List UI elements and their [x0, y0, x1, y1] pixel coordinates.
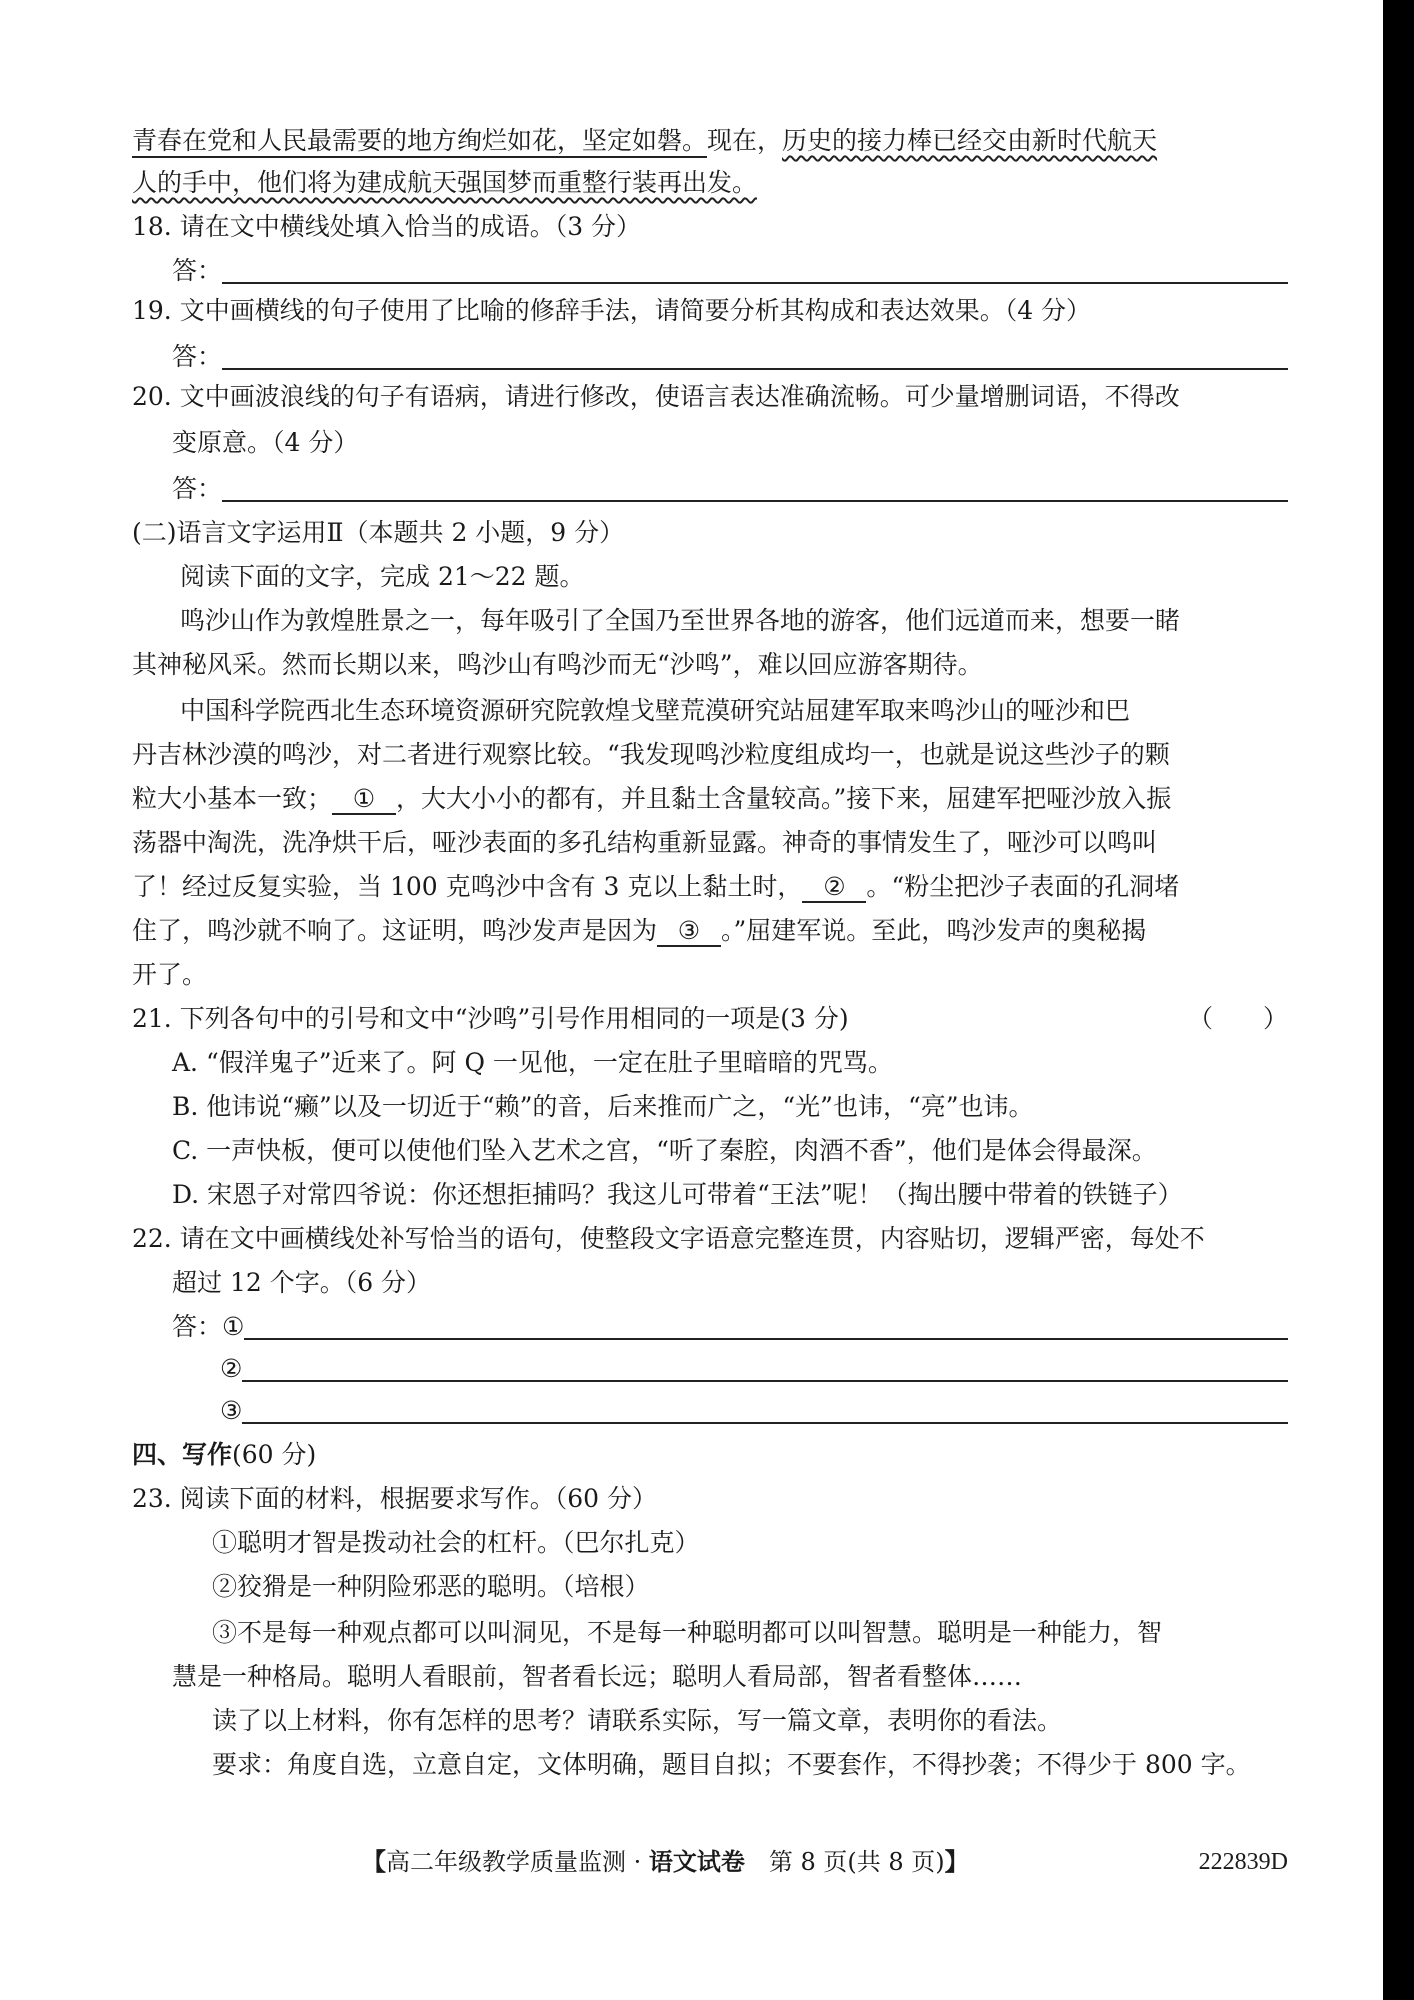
para2-line-2: 丹吉林沙漠的鸣沙，对二者进行观察比较。“我发现鸣沙粒度组成均一，也就是说这些沙子…: [132, 738, 1170, 772]
question-22-line-2: 超过 12 个字。（6 分）: [172, 1266, 431, 1300]
underlined-sentence: 青春在党和人民最需要的地方绚烂如花，坚定如磐。: [132, 126, 707, 158]
footer-subject: 语文试卷: [649, 1848, 745, 1876]
blank-1[interactable]: ①: [332, 785, 396, 815]
answer-line[interactable]: [244, 1337, 1288, 1340]
answer-bracket-21[interactable]: （ ）: [1188, 1002, 1288, 1036]
passage-line-1: 青春在党和人民最需要的地方绚烂如花，坚定如磐。现在，历史的接力棒已经交由新时代航…: [132, 124, 1157, 158]
question-20-line-1: 20. 文中画波浪线的句子有语病，请进行修改，使语言表达准确流畅。可少量增删词语…: [132, 380, 1180, 414]
answer-line[interactable]: [222, 499, 1288, 502]
answer-line[interactable]: [242, 1379, 1288, 1382]
footer-exam-info: 【高二年级教学质量监测 · 语文试卷 第 8 页(共 8 页)】: [362, 1846, 969, 1878]
question-22-line-1: 22. 请在文中画横线处补写恰当的语句，使整段文字语意完整连贯，内容贴切，逻辑严…: [132, 1222, 1205, 1256]
para2-line-1: 中国科学院西北生态环境资源研究院敦煌戈壁荒漠研究站屈建军取来鸣沙山的哑沙和巴: [180, 694, 1130, 728]
para2-line-4: 荡器中淘洗，洗净烘干后，哑沙表面的多孔结构重新显露。神奇的事情发生了，哑沙可以鸣…: [132, 826, 1157, 860]
answer-field-22-2[interactable]: ②: [220, 1352, 1288, 1386]
para2-line-6: 住了，鸣沙就不响了。这证明，鸣沙发声是因为③。”屈建军说。至此，鸣沙发声的奥秘揭: [132, 914, 1146, 948]
answer-line[interactable]: [222, 281, 1288, 284]
option-a[interactable]: A. “假洋鬼子”近来了。阿 Q 一见他，一定在肚子里暗暗的咒骂。: [172, 1046, 893, 1080]
answer-field-18[interactable]: 答：: [172, 254, 1288, 288]
section-2-instruction: 阅读下面的文字，完成 21～22 题。: [180, 560, 585, 594]
answer-field-20[interactable]: 答：: [172, 472, 1288, 506]
footer-paper-code: 222839D: [1199, 1846, 1288, 1878]
material-1: ①聪明才智是拨动社会的杠杆。（巴尔扎克）: [212, 1526, 700, 1560]
blank-2[interactable]: ②: [802, 873, 866, 903]
question-19: 19. 文中画横线的句子使用了比喻的修辞手法，请简要分析其构成和表达效果。（4 …: [132, 294, 1091, 328]
para1-line-1: 鸣沙山作为敦煌胜景之一，每年吸引了全国乃至世界各地的游客，他们远道而来，想要一睹: [180, 604, 1180, 638]
footer-page-number: 第 8 页(共 8 页): [745, 1848, 945, 1876]
option-b[interactable]: B. 他讳说“癞”以及一切近于“赖”的音，后来推而广之，“光”也讳，“亮”也讳。: [172, 1090, 1034, 1124]
para2-line-5: 了！经过反复实验，当 100 克鸣沙中含有 3 克以上黏土时，②。“粉尘把沙子表…: [132, 870, 1179, 904]
question-23: 23. 阅读下面的材料，根据要求写作。（60 分）: [132, 1482, 657, 1516]
wavy-sentence-part1: 历史的接力棒已经交由新时代航天: [782, 126, 1157, 155]
answer-field-22-1[interactable]: 答：①: [172, 1310, 1288, 1344]
para2-line-3: 粒大小基本一致；①，大大小小的都有，并且黏土含量较高。”接下来，屈建军把哑沙放入…: [132, 782, 1171, 816]
answer-field-19[interactable]: 答：: [172, 340, 1288, 374]
para2-line-7: 开了。: [132, 958, 207, 992]
option-d[interactable]: D. 宋恩子对常四爷说：你还想拒捕吗？我这儿可带着“王法”呢！（掏出腰中带着的铁…: [172, 1178, 1183, 1212]
passage-line-2: 人的手中，他们将为建成航天强国梦而重整行装再出发。: [132, 166, 757, 200]
question-20-line-2: 变原意。（4 分）: [172, 426, 358, 460]
section-4-heading: 四、写作(60 分): [132, 1438, 316, 1472]
scan-border-strip: [1383, 0, 1414, 2000]
answer-line[interactable]: [242, 1421, 1288, 1424]
option-c[interactable]: C. 一声快板，便可以使他们坠入艺术之宫，“听了秦腔，肉酒不香”，他们是体会得最…: [172, 1134, 1157, 1168]
writing-requirements: 要求：角度自选，立意自定，文体明确，题目自拟；不要套作，不得抄袭；不得少于 80…: [212, 1748, 1251, 1782]
material-3-line-1: ③不是每一种观点都可以叫洞见，不是每一种聪明都可以叫智慧。聪明是一种能力，智: [212, 1616, 1162, 1650]
wavy-sentence-part2: 人的手中，他们将为建成航天强国梦而重整行装再出发。: [132, 168, 757, 197]
para1-line-2: 其神秘风采。然而长期以来，鸣沙山有鸣沙而无“沙鸣”，难以回应游客期待。: [132, 648, 983, 682]
material-3-line-2: 慧是一种格局。聪明人看眼前，智者看长远；聪明人看局部，智者看整体……: [172, 1660, 1022, 1694]
answer-line[interactable]: [222, 367, 1288, 370]
blank-3[interactable]: ③: [657, 917, 721, 947]
material-2: ②狡猾是一种阴险邪恶的聪明。（培根）: [212, 1570, 650, 1604]
answer-field-22-3[interactable]: ③: [220, 1394, 1288, 1428]
section-2-heading: (二)语言文字运用Ⅱ（本题共 2 小题，9 分）: [132, 516, 624, 550]
writing-prompt: 读了以上材料，你有怎样的思考？请联系实际，写一篇文章，表明你的看法。: [212, 1704, 1062, 1738]
question-21: 21. 下列各句中的引号和文中“沙鸣”引号作用相同的一项是(3 分) （ ）: [132, 1002, 1288, 1036]
question-18: 18. 请在文中横线处填入恰当的成语。（3 分）: [132, 210, 641, 244]
